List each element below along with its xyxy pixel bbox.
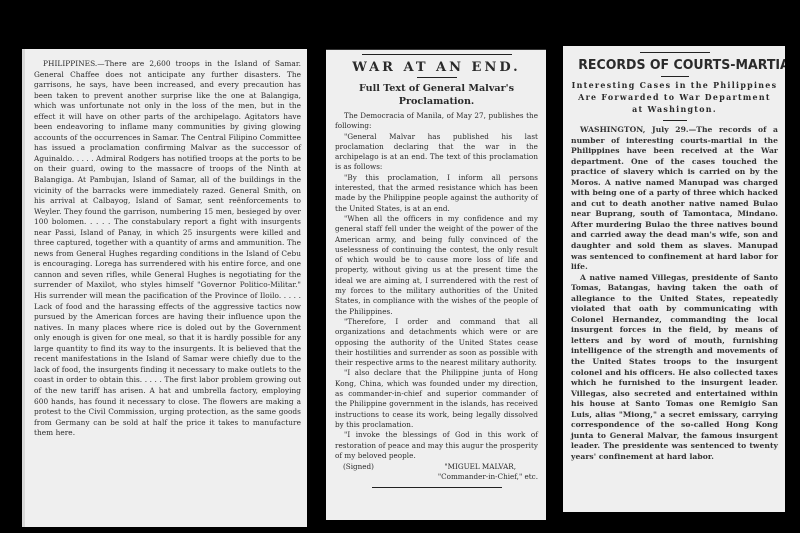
headline: RECORDS OF COURTS-MARTIAL [578,57,771,73]
article-paragraph: "By this proclamation, I inform all pers… [335,173,538,214]
article-paragraph: PHILIPPINES.—There are 2,600 troops in t… [34,59,301,439]
subheadline: Full Text of General Malvar's Proclamati… [335,82,538,108]
signed-label: (Signed) [335,462,374,472]
article-paragraph: "I invoke the blessings of God in this w… [335,430,538,461]
article-body: WASHINGTON, July 29.—The records of a nu… [571,125,778,463]
clipping-war-at-an-end: WAR AT AN END. Full Text of General Malv… [326,49,546,520]
signature-title: "Commander-in-Chief," etc. [335,472,538,482]
bottom-ornament-rule [372,487,502,488]
article-paragraph: WASHINGTON, July 29.—The records of a nu… [571,125,778,273]
signature-name: "MIGUEL MALVAR, [444,462,538,472]
clipping-courts-martial: RECORDS OF COURTS-MARTIAL Interesting Ca… [563,46,785,512]
clipping-philippines-news: PHILIPPINES.—There are 2,600 troops in t… [22,49,307,527]
article-body: PHILIPPINES.—There are 2,600 troops in t… [34,59,301,439]
article-paragraph: "When all the officers in my confidence … [335,214,538,317]
article-body: The Democracia of Manila, of May 27, pub… [335,111,538,461]
subheadline: Interesting Cases in the Philippines Are… [571,80,778,116]
divider [661,76,689,77]
signature-block: (Signed) "MIGUEL MALVAR, "Commander-in-C… [335,462,538,483]
divider [663,120,687,121]
article-paragraph: A native named Villegas, presidente of S… [571,273,778,463]
article-paragraph: The Democracia of Manila, of May 27, pub… [335,111,538,132]
divider [417,77,457,78]
article-paragraph: "I also declare that the Philippine junt… [335,368,538,430]
top-ornament-rule [335,54,538,55]
headline: WAR AT AN END. [335,60,538,75]
article-paragraph: "Therefore, I order and command that all… [335,317,538,368]
article-paragraph: "General Malvar has published his last p… [335,132,538,173]
top-rule [640,52,710,53]
